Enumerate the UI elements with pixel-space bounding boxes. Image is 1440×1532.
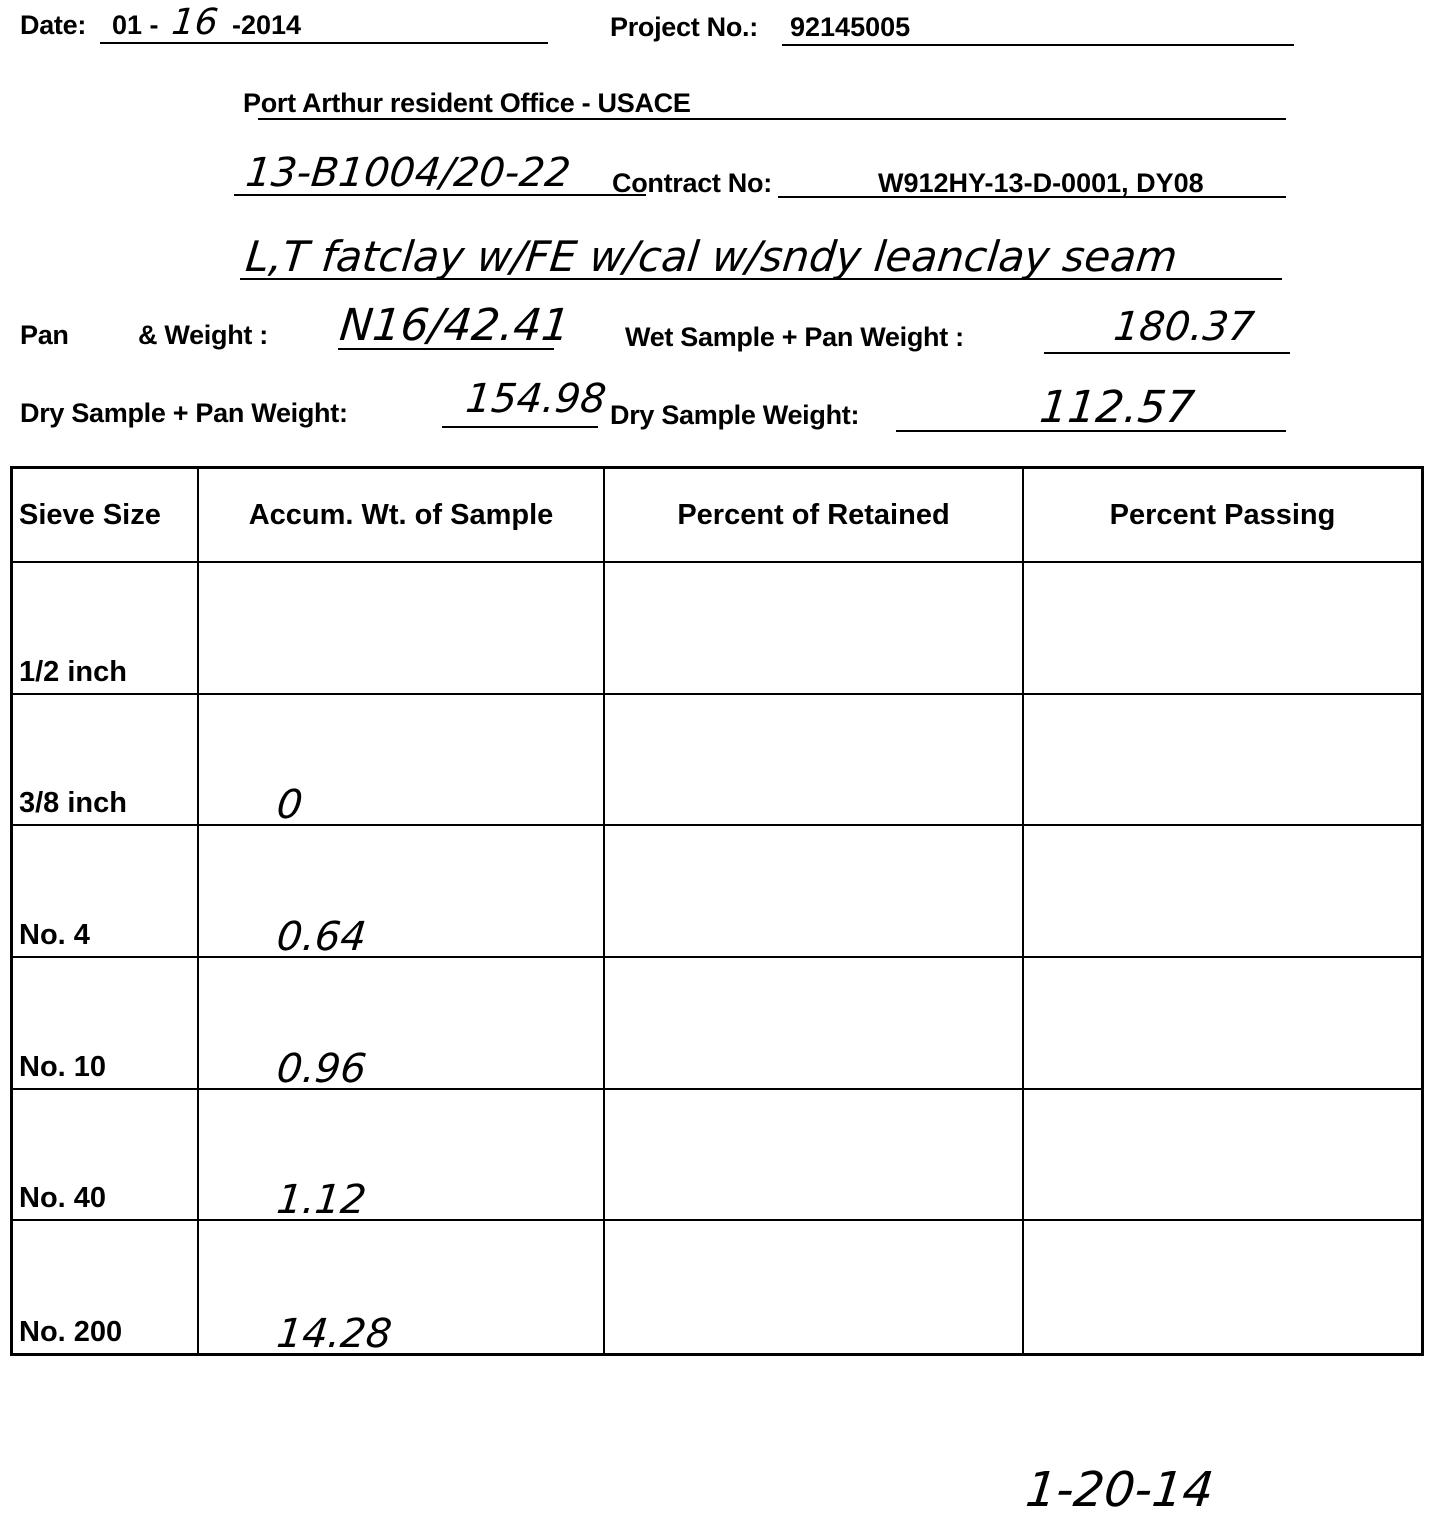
accum-wt-cell[interactable] <box>199 563 605 695</box>
percent-retained-cell[interactable] <box>605 958 1024 1090</box>
accum-wt-value: 0.64 <box>275 914 369 960</box>
percent-passing-cell[interactable] <box>1024 1221 1421 1353</box>
boring-id-underline <box>234 194 646 196</box>
wet-sample-label: Wet Sample + Pan Weight : <box>625 322 964 353</box>
dry-sample-underline <box>896 430 1286 432</box>
office-name: Port Arthur resident Office - USACE <box>243 88 691 119</box>
dry-sample-value: 112.57 <box>1037 382 1196 433</box>
table-row-sieve-cell: 3/8 inch <box>13 695 199 827</box>
percent-retained-cell[interactable] <box>605 826 1024 958</box>
column-header-percent-retained: Percent of Retained <box>605 469 1024 563</box>
sieve-size-label: No. 200 <box>19 1316 122 1349</box>
project-value: 92145005 <box>790 12 910 43</box>
percent-passing-cell[interactable] <box>1024 695 1421 827</box>
table-row-sieve-cell: 1/2 inch <box>13 563 199 695</box>
pan-label: Pan <box>20 320 69 351</box>
accum-wt-value: 14.28 <box>275 1311 394 1357</box>
accum-wt-cell[interactable]: 14.28 <box>199 1221 605 1353</box>
description-underline <box>240 278 1282 280</box>
soil-description-handwritten: L,T fatclay w/FE w/cal w/sndy leanclay s… <box>243 232 1179 281</box>
sieve-size-label: No. 40 <box>19 1182 106 1215</box>
pan-weight-underline <box>338 348 554 350</box>
sieve-size-label: 1/2 inch <box>19 656 127 689</box>
office-underline <box>258 118 1286 120</box>
accum-wt-value: 1.12 <box>275 1177 369 1223</box>
sieve-analysis-table: Sieve Size Accum. Wt. of Sample Percent … <box>10 466 1424 1356</box>
dry-sample-pan-value: 154.98 <box>464 376 609 422</box>
accum-wt-value: 0.96 <box>275 1046 369 1092</box>
percent-passing-cell[interactable] <box>1024 958 1421 1090</box>
accum-wt-cell[interactable]: 1.12 <box>199 1090 605 1222</box>
pan-weight-label: & Weight : <box>138 320 268 351</box>
dry-sample-pan-underline <box>442 426 598 428</box>
accum-wt-cell[interactable]: 0.96 <box>199 958 605 1090</box>
contract-value: W912HY-13-D-0001, DY08 <box>878 168 1204 199</box>
percent-passing-cell[interactable] <box>1024 826 1421 958</box>
percent-retained-cell[interactable] <box>605 1090 1024 1222</box>
column-header-percent-passing: Percent Passing <box>1024 469 1421 563</box>
contract-label: Contract No: <box>612 168 772 199</box>
table-row-sieve-cell: No. 40 <box>13 1090 199 1222</box>
dry-sample-pan-label: Dry Sample + Pan Weight: <box>20 398 348 429</box>
percent-retained-cell[interactable] <box>605 695 1024 827</box>
accum-wt-value: 0 <box>275 782 305 828</box>
column-header-sieve-size: Sieve Size <box>13 469 199 563</box>
date-year-typed: -2014 <box>232 10 301 41</box>
table-row-sieve-cell: No. 10 <box>13 958 199 1090</box>
project-label: Project No.: <box>610 12 758 43</box>
date-day-handwritten: 16 <box>170 2 220 43</box>
percent-retained-cell[interactable] <box>605 1221 1024 1353</box>
sieve-size-label: No. 4 <box>19 919 90 952</box>
percent-passing-cell[interactable] <box>1024 1090 1421 1222</box>
table-row-sieve-cell: No. 200 <box>13 1221 199 1353</box>
sieve-size-label: No. 10 <box>19 1051 106 1084</box>
wet-sample-underline <box>1044 352 1290 354</box>
accum-wt-cell[interactable]: 0 <box>199 695 605 827</box>
table-row-sieve-cell: No. 4 <box>13 826 199 958</box>
dry-sample-label: Dry Sample Weight: <box>610 400 859 431</box>
date-label: Date: <box>20 10 86 41</box>
column-header-accum-wt: Accum. Wt. of Sample <box>199 469 605 563</box>
boring-id-handwritten: 13-B1004/20-22 <box>244 150 573 196</box>
pan-weight-value: N16/42.41 <box>337 300 572 351</box>
accum-wt-cell[interactable]: 0.64 <box>199 826 605 958</box>
percent-retained-cell[interactable] <box>605 563 1024 695</box>
sieve-size-label: 3/8 inch <box>19 787 127 820</box>
signoff-date-handwritten: 1-20-14 <box>1023 1462 1216 1518</box>
percent-passing-cell[interactable] <box>1024 563 1421 695</box>
date-underline <box>100 42 548 44</box>
project-underline <box>782 44 1294 46</box>
date-month-typed: 01 - <box>112 10 159 41</box>
wet-sample-value: 180.37 <box>1112 304 1257 350</box>
contract-underline <box>778 196 1286 198</box>
